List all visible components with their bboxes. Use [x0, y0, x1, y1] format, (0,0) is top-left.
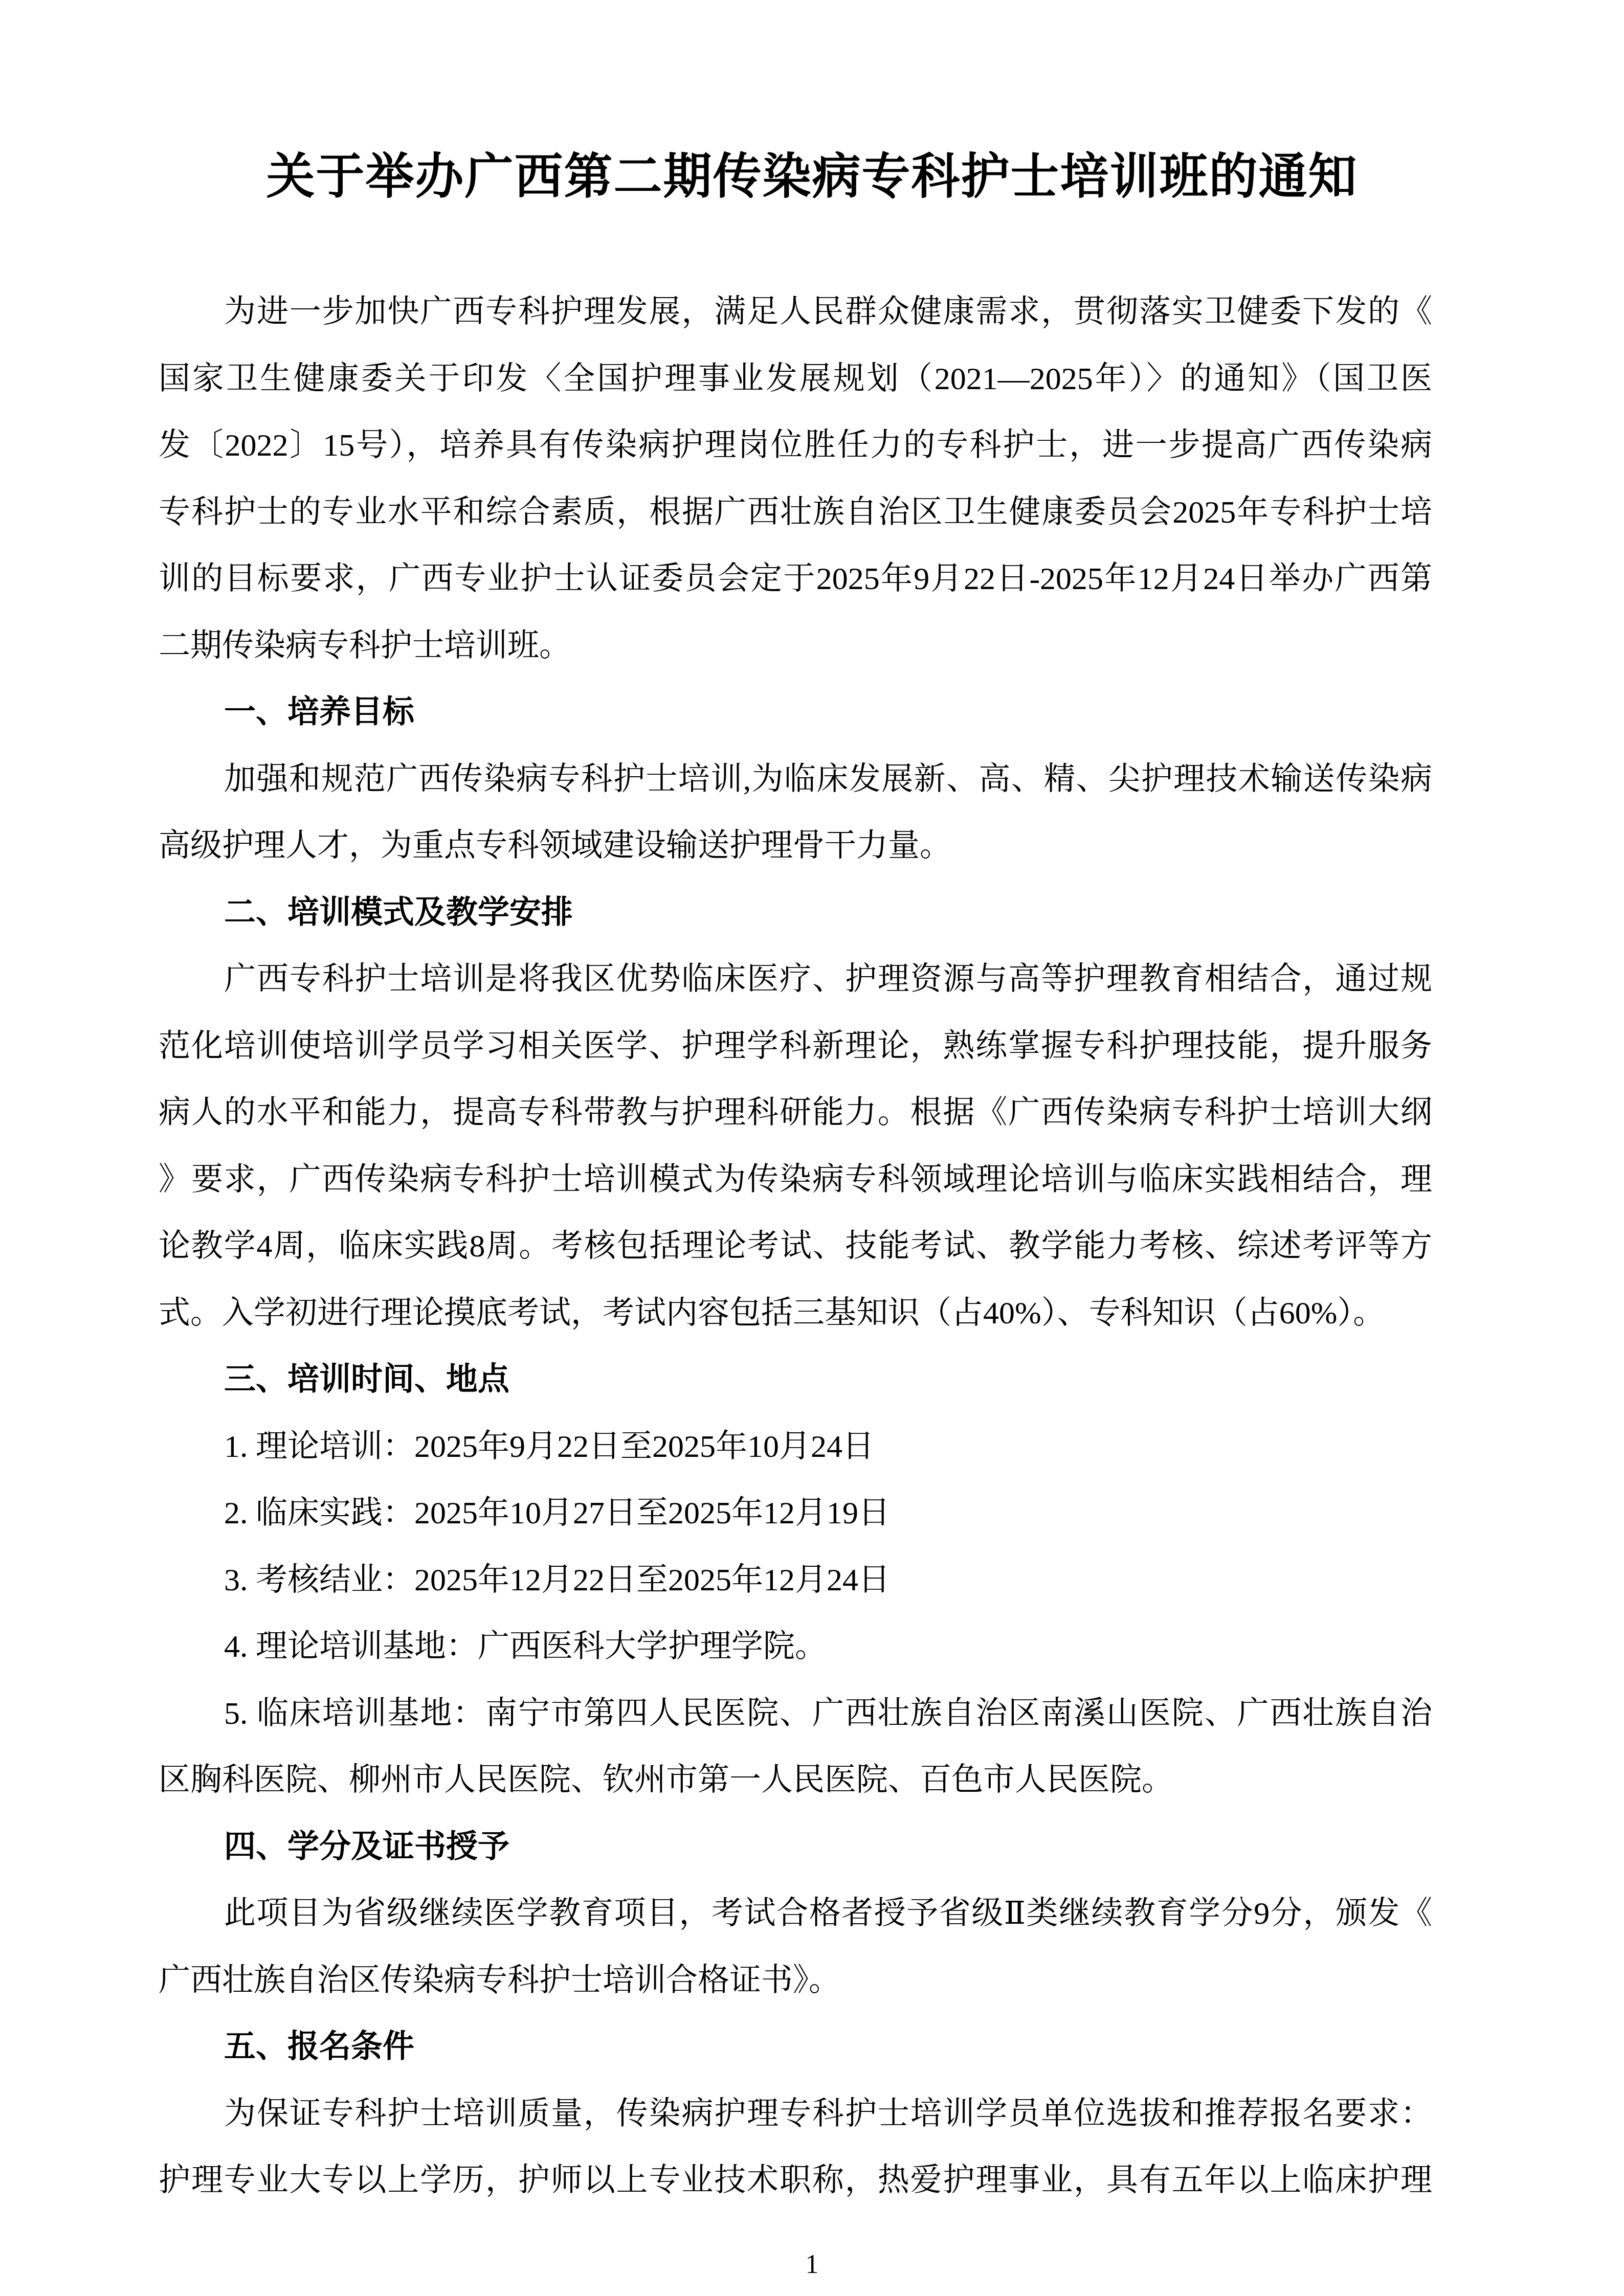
paragraph-line: 加强和规范广西传染病专科护士培训,为临床发展新、高、精、尖护理技术输送传染病: [159, 746, 1432, 813]
section-heading-1: 一、培养目标: [159, 679, 1432, 746]
paragraph-line: 国家卫生健康委关于印发〈全国护理事业发展规划（2021—2025年）〉的通知》（…: [159, 346, 1432, 413]
paragraph-line: 训的目标要求，广西专业护士认证委员会定于2025年9月22日-2025年12月2…: [159, 546, 1432, 613]
document-body: 为进一步加快广西专科护理发展，满足人民群众健康需求，贯彻落实卫健委下发的《 国家…: [159, 279, 1432, 2214]
list-item: 1. 理论培训：2025年9月22日至2025年10月24日: [159, 1413, 1432, 1480]
paragraph-line: 发〔2022〕15号），培养具有传染病护理岗位胜任力的专科护士，进一步提高广西传…: [159, 412, 1432, 479]
paragraph-line: 专科护士的专业水平和综合素质，根据广西壮族自治区卫生健康委员会2025年专科护士…: [159, 479, 1432, 546]
page-number: 1: [0, 2249, 1624, 2281]
list-item: 3. 考核结业：2025年12月22日至2025年12月24日: [159, 1547, 1432, 1614]
paragraph-line: 式。入学初进行理论摸底考试，考试内容包括三基知识（占40%）、专科知识（占60%…: [159, 1280, 1432, 1347]
paragraph-line: 为进一步加快广西专科护理发展，满足人民群众健康需求，贯彻落实卫健委下发的《: [159, 279, 1432, 346]
paragraph-line: 二期传染病专科护士培训班。: [159, 613, 1432, 680]
paragraph-line: 为保证专科护士培训质量，传染病护理专科护士培训学员单位选拔和推荐报名要求：: [159, 2081, 1432, 2148]
list-item: 2. 临床实践：2025年10月27日至2025年12月19日: [159, 1480, 1432, 1547]
paragraph-line: 高级护理人才，为重点专科领域建设输送护理骨干力量。: [159, 813, 1432, 880]
document-page: 关于举办广西第二期传染病专科护士培训班的通知 为进一步加快广西专科护理发展，满足…: [0, 0, 1624, 2296]
paragraph-line: 》要求，广西传染病专科护士培训模式为传染病专科领域理论培训与临床实践相结合，理: [159, 1146, 1432, 1213]
section-heading-3: 三、培训时间、地点: [159, 1346, 1432, 1413]
paragraph-line: 此项目为省级继续医学教育项目，考试合格者授予省级Ⅱ类继续教育学分9分，颁发《: [159, 1880, 1432, 1947]
paragraph-line: 广西专科护士培训是将我区优势临床医疗、护理资源与高等护理教育相结合，通过规: [159, 946, 1432, 1013]
list-item: 4. 理论培训基地：广西医科大学护理学院。: [159, 1613, 1432, 1680]
section-heading-4: 四、学分及证书授予: [159, 1814, 1432, 1881]
list-item: 5. 临床培训基地：南宁市第四人民医院、广西壮族自治区南溪山医院、广西壮族自治: [159, 1680, 1432, 1747]
paragraph-line: 广西壮族自治区传染病专科护士培训合格证书》。: [159, 1947, 1432, 2014]
section-heading-5: 五、报名条件: [159, 2014, 1432, 2081]
document-title: 关于举办广西第二期传染病专科护士培训班的通知: [0, 138, 1624, 208]
paragraph-line: 病人的水平和能力，提高专科带教与护理科研能力。根据《广西传染病专科护士培训大纲: [159, 1079, 1432, 1146]
list-item-continuation: 区胸科医院、柳州市人民医院、钦州市第一人民医院、百色市人民医院。: [159, 1747, 1432, 1814]
paragraph-line: 论教学4周，临床实践8周。考核包括理论考试、技能考试、教学能力考核、综述考评等方: [159, 1213, 1432, 1280]
paragraph-line: 护理专业大专以上学历，护师以上专业技术职称，热爱护理事业，具有五年以上临床护理: [159, 2147, 1432, 2214]
section-heading-2: 二、培训模式及教学安排: [159, 880, 1432, 947]
paragraph-line: 范化培训使培训学员学习相关医学、护理学科新理论，熟练掌握专科护理技能，提升服务: [159, 1013, 1432, 1080]
